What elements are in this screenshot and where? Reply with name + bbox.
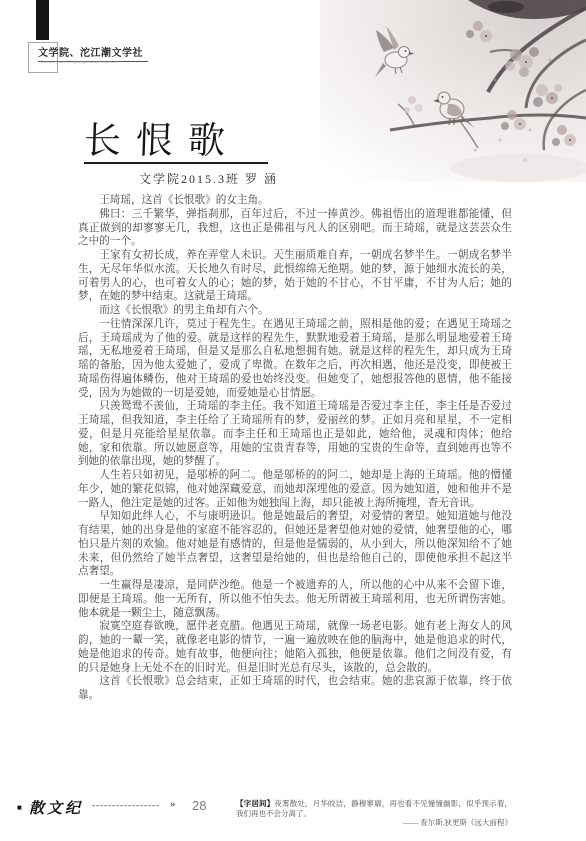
article-paragraph: 而这《长恨歌》的男主角却有六个。	[78, 304, 512, 318]
article-title: 长恨歌	[83, 110, 241, 164]
article-paragraph: 王琦瑶，这首《长恨歌》的女主角。	[78, 194, 512, 208]
title-rule	[84, 162, 268, 164]
article-paragraph: 一生赢得是凄凉，是同萨沙绝。他是一个被遗弃的人，所以他的心中从来不会留下谁，即便…	[78, 579, 512, 620]
footer-quote: 【字居间】夜雾散处，月华皎洁，静穆寥廓，再也看不见憧憧幽影，似乎预示着，我们再也…	[236, 799, 512, 828]
article-paragraph: 寂寞空庭春欲晚，愿伴老克腊。他遇见王琦瑶，就像一场老电影。她有老上海女人的风韵，…	[78, 620, 512, 675]
article-body: 王琦瑶，这首《长恨歌》的女主角。佛曰：三千繁华，弹指刹那，百年过后，不过一捧黄沙…	[78, 194, 512, 703]
footer-dash-line: -----------------	[92, 800, 160, 810]
masthead-black-bar	[36, 0, 49, 40]
article-paragraph: 只羡鸳鸯不羡仙，王琦瑶的李主任。我不知道王琦瑶是否爱过李主任，李主任是否爱过王琦…	[78, 400, 512, 469]
section-name: 散文纪	[29, 797, 83, 818]
magazine-page: 文学院、沱江潮文学社 Wenxueyuan Tuojiangchaowenxue…	[0, 0, 586, 841]
page-footer: ■ 散文纪 ----------------- » 28 【字居间】夜雾散处，月…	[0, 797, 586, 827]
arrow-icon: »	[170, 798, 176, 810]
article-paragraph: 人生若只如初见，是邬桥的阿二。他是邬桥的的阿二，她却是上海的王琦瑶。他的懵懂年少…	[78, 469, 512, 510]
page-number: 28	[192, 798, 206, 813]
article-paragraph: 这首《长恨歌》总会结束，正如王琦瑶的时代，也会结束。她的悲哀源于依靠，终于依靠。	[78, 675, 512, 703]
article-paragraph: 早知如此绊人心，不与康明逊识。他是她最后的奢望，对爱情的奢望。她知道她与他没有结…	[78, 510, 512, 579]
ink-painting-birds-blossoms	[320, 0, 586, 182]
article-paragraph: 一往情深深几许，莫过于程先生。在遇见王琦瑶之前，照相是他的爱；在遇见王琦瑶之后，…	[78, 318, 512, 401]
quote-text: 夜雾散处，月华皎洁，静穆寥廓，再也看不见憧憧幽影，似乎预示着，我们再也不会分离了…	[236, 799, 512, 818]
square-bullet-icon: ■	[17, 803, 22, 812]
article-paragraph: 佛曰：三千繁华，弹指刹那，百年过后，不过一捧黄沙。佛祖悟出的道理谁都能懂，但真正…	[78, 208, 512, 249]
quote-column-label: 【字居间】	[236, 799, 274, 808]
article-byline: 文学院2015.3班 罗 涵	[139, 170, 278, 187]
article-paragraph: 王家有女初长成，养在弄堂人未识。天生丽质难自弃，一朝成名梦半生。一朝成名梦半生，…	[78, 249, 512, 304]
quote-attribution: —— 查尔斯.狄更斯《远大前程》	[236, 818, 512, 828]
society-name-romanized: Wenxueyuan Tuojiangchaowenxueshe	[40, 59, 118, 64]
